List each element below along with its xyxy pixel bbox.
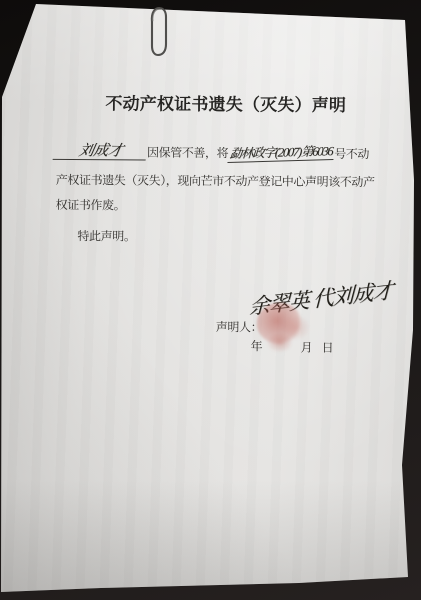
day-label: 日 <box>322 339 334 356</box>
printed-text-after-name: 因保管不善，将 <box>147 146 228 161</box>
declaration-line-1: 刘成才因保管不善，将勐林政字(2007)第6036号不动 <box>54 143 369 162</box>
closing-line: 特此声明。 <box>77 227 135 244</box>
certificate-number-fill: 勐林政字(2007)第6036 <box>228 144 335 163</box>
printed-text-after-certificate: 号不动 <box>334 147 369 161</box>
month-label: 月 <box>301 339 313 356</box>
document-content: 不动产权证书遗失（灭失）声明 刘成才因保管不善，将勐林政字(2007)第6036… <box>0 0 421 600</box>
photo-background: 不动产权证书遗失（灭失）声明 刘成才因保管不善，将勐林政字(2007)第6036… <box>0 0 421 600</box>
year-label: 年 <box>251 337 263 354</box>
document-title: 不动产权证书遗失（灭失）声明 <box>105 89 346 116</box>
declaration-line-2: 产权证书遗失（灭失），现向芒市不动产登记中心声明该不动产 <box>56 171 375 190</box>
date-line: 年 月 日 <box>2 0 421 1</box>
declaration-line-3: 权证书作废。 <box>56 196 126 213</box>
fingerprint-stain-lower <box>267 332 293 352</box>
declarant-name-fill: 刘成才 <box>53 144 149 161</box>
